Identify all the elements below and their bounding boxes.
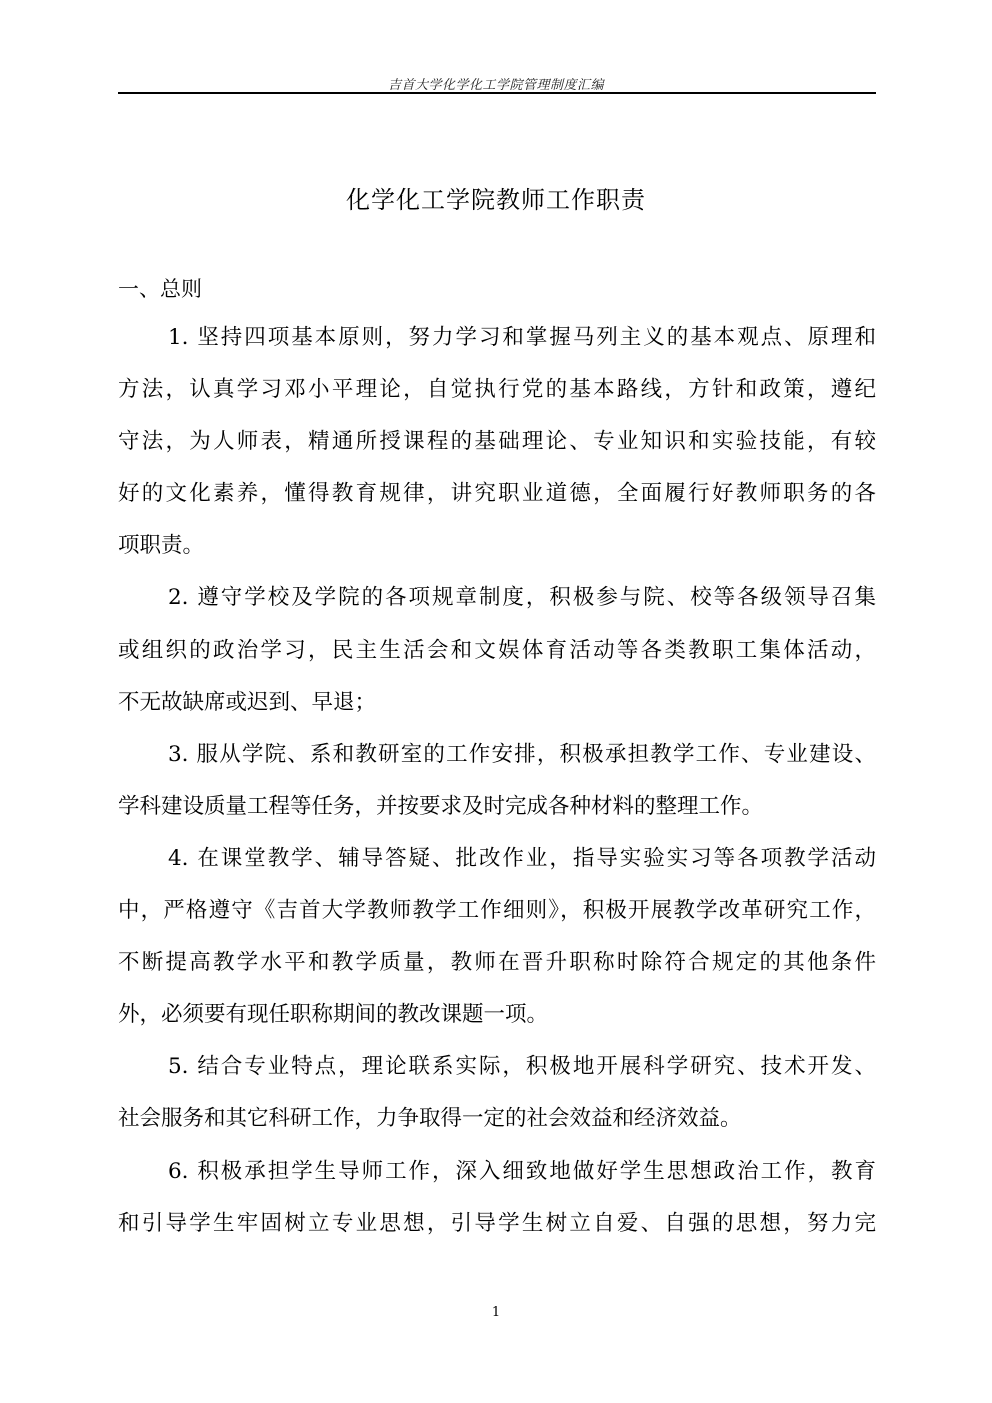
paragraph-4-line-2: 中，严格遵守《吉首大学教师教学工作细则》，积极开展教学改革研究工作， xyxy=(118,893,876,945)
paragraph-2-line-3: 不无故缺席或迟到、早退； xyxy=(118,685,876,737)
paragraph-1-line-3: 守法，为人师表，精通所授课程的基础理论、专业知识和实验技能，有较 xyxy=(118,424,876,476)
paragraph-6-line-2: 和引导学生牢固树立专业思想，引导学生树立自爱、自强的思想，努力完 xyxy=(118,1206,876,1258)
page-number: 1 xyxy=(0,1305,992,1320)
paragraph-2-line-2: 或组织的政治学习，民主生活会和文娱体育活动等各类教职工集体活动， xyxy=(118,633,876,685)
header-divider xyxy=(118,92,876,94)
paragraph-1-line-1: 1. 坚持四项基本原则，努力学习和掌握马列主义的基本观点、原理和 xyxy=(118,320,876,372)
paragraph-4-line-3: 不断提高教学水平和教学质量，教师在晋升职称时除符合规定的其他条件 xyxy=(118,945,876,997)
paragraph-6-line-1: 6. 积极承担学生导师工作，深入细致地做好学生思想政治工作，教育 xyxy=(118,1154,876,1206)
paragraph-3-line-1: 3. 服从学院、系和教研室的工作安排，积极承担教学工作、专业建设、 xyxy=(118,737,876,789)
paragraph-1-line-2: 方法，认真学习邓小平理论，自觉执行党的基本路线，方针和政策，遵纪 xyxy=(118,372,876,424)
running-header: 吉首大学化学化工学院管理制度汇编 xyxy=(0,74,992,93)
paragraph-5-line-1: 5. 结合专业特点，理论联系实际，积极地开展科学研究、技术开发、 xyxy=(118,1049,876,1101)
document-body: 1. 坚持四项基本原则，努力学习和掌握马列主义的基本观点、原理和 方法，认真学习… xyxy=(118,320,876,1258)
section-heading: 一、总则 xyxy=(118,273,202,303)
paragraph-3-line-2: 学科建设质量工程等任务，并按要求及时完成各种材料的整理工作。 xyxy=(118,789,876,841)
paragraph-1-line-4: 好的文化素养，懂得教育规律，讲究职业道德，全面履行好教师职务的各 xyxy=(118,476,876,528)
paragraph-2-line-1: 2. 遵守学校及学院的各项规章制度，积极参与院、校等各级领导召集 xyxy=(118,580,876,632)
document-title: 化学化工学院教师工作职责 xyxy=(0,180,992,215)
paragraph-5-line-2: 社会服务和其它科研工作，力争取得一定的社会效益和经济效益。 xyxy=(118,1101,876,1153)
paragraph-4-line-1: 4. 在课堂教学、辅导答疑、批改作业，指导实验实习等各项教学活动 xyxy=(118,841,876,893)
paragraph-1-line-5: 项职责。 xyxy=(118,528,876,580)
paragraph-4-line-4: 外，必须要有现任职称期间的教改课题一项。 xyxy=(118,997,876,1049)
